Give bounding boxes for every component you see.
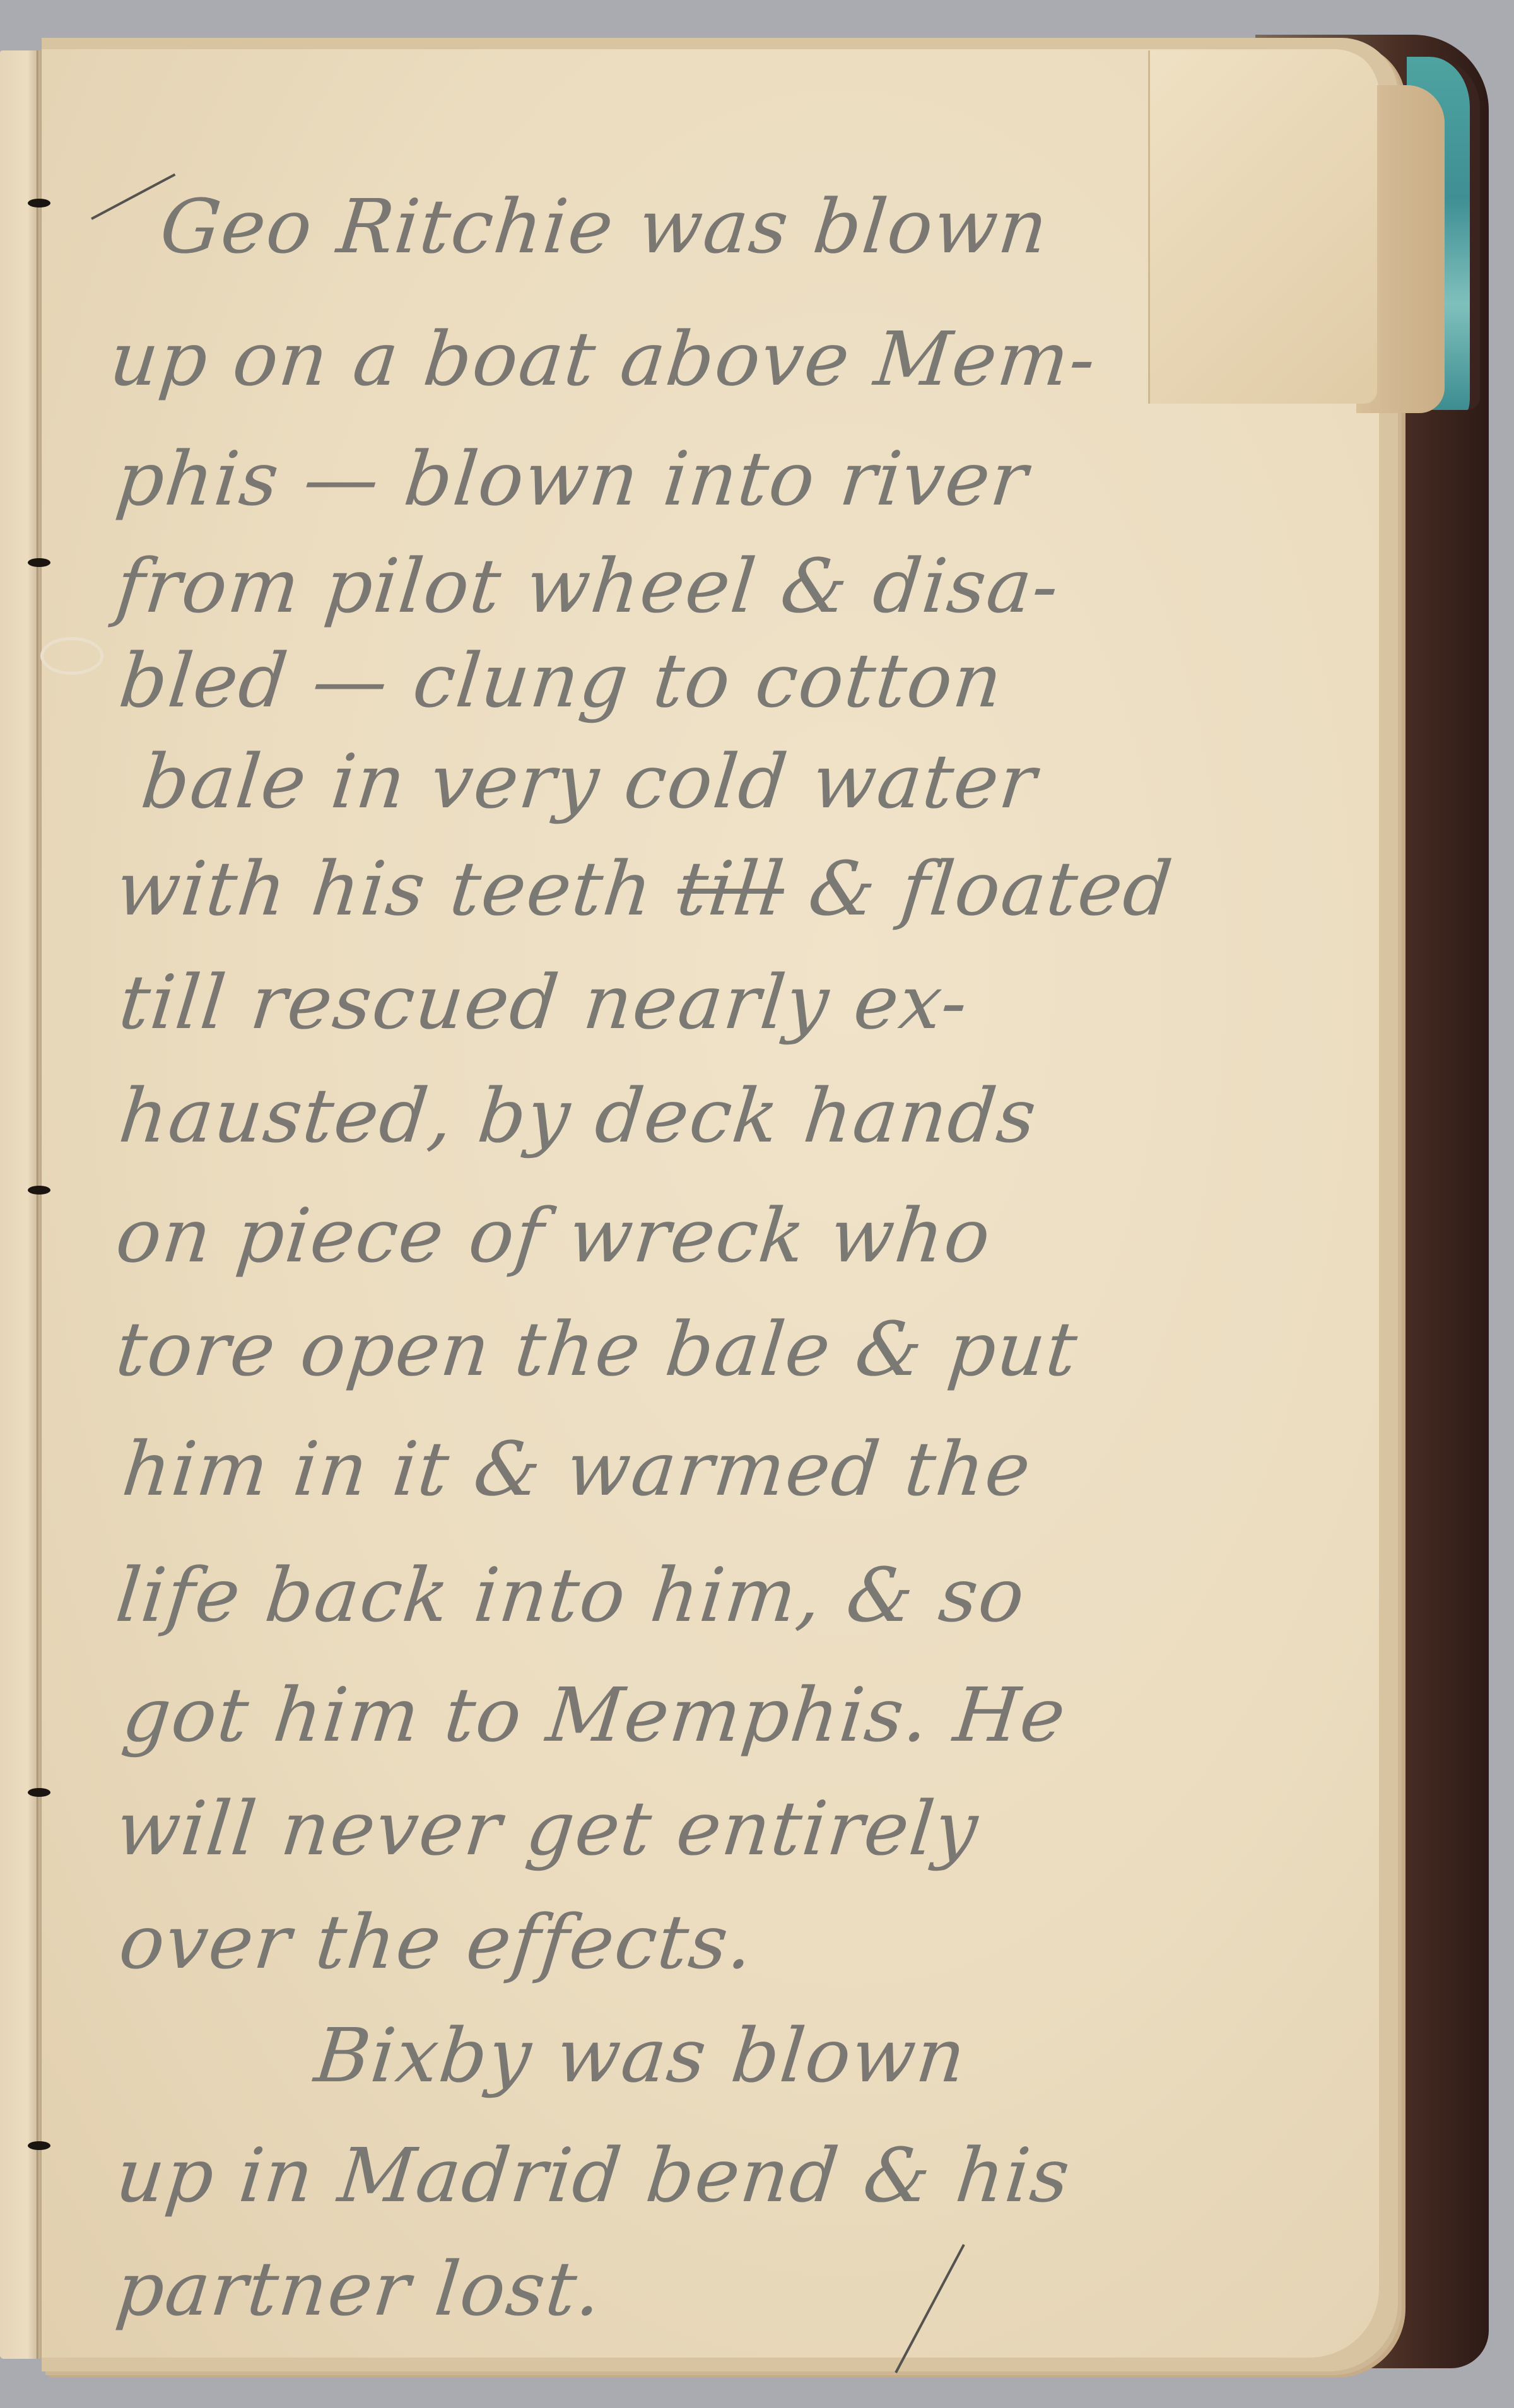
text-line: will never get entirely [112, 1785, 983, 1872]
text-segment: & floated [780, 845, 1177, 932]
text-segment: with his teeth [112, 845, 683, 932]
left-page-edge [0, 50, 39, 2359]
text-line: Geo Ritchie was blown [156, 183, 1053, 270]
binding-stitch [28, 2141, 50, 2150]
binding-stitch [28, 558, 50, 567]
text-line: up in Madrid bend & his [112, 2132, 1075, 2219]
text-line: partner lost. [112, 2245, 607, 2332]
text-line: bled — clung to cotton [115, 637, 1007, 724]
text-line: till rescued nearly ex- [115, 959, 973, 1046]
text-line: Bixby was blown [311, 2012, 971, 2099]
struck-word: till [673, 845, 789, 932]
text-line: got him to Memphis. He [119, 1671, 1071, 1758]
text-line: phis — blown into river [112, 435, 1033, 522]
binding-stitch [28, 199, 50, 207]
text-line: on piece of wreck who [112, 1192, 995, 1279]
text-line: hausted, by deck hands [115, 1072, 1042, 1159]
torn-page-corner [1148, 50, 1377, 404]
text-line: over the effects. [115, 1898, 758, 1985]
binding-thread-loop [40, 637, 103, 675]
text-line: life back into him, & so [112, 1552, 1030, 1639]
binding-stitch [28, 1788, 50, 1797]
text-line: with his teeth till & floated [112, 845, 1177, 932]
text-line: up on a boat above Mem- [106, 315, 1101, 402]
text-line: him in it & warmed the [119, 1425, 1036, 1512]
binding-stitch [28, 1186, 50, 1195]
binding-gutter [37, 50, 42, 2359]
text-line: tore open the bale & put [112, 1306, 1083, 1393]
text-line: from pilot wheel & disa- [112, 542, 1064, 629]
text-line: bale in very cold water [138, 738, 1042, 825]
